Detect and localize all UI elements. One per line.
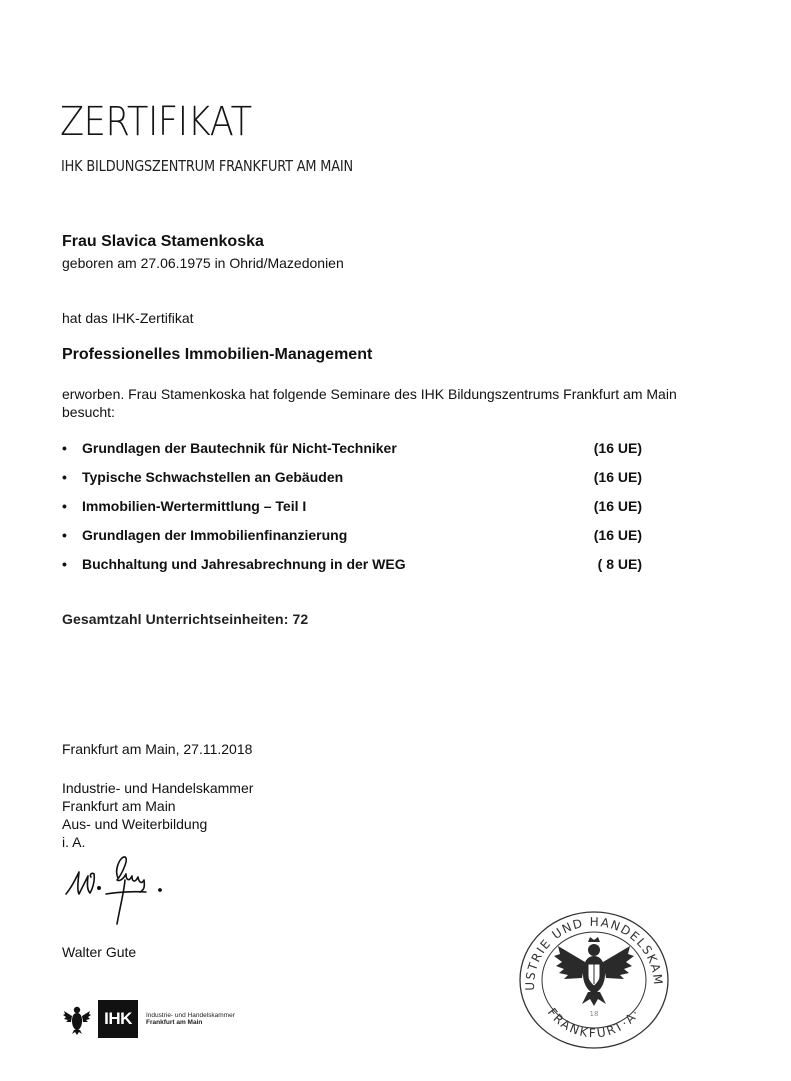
seminar-title: Grundlagen der Bautechnik für Nicht-Tech…	[82, 440, 397, 456]
ihk-logo: IHK Industrie- und Handelskammer Frankfu…	[62, 1000, 235, 1038]
seminar-units: ( 8 UE)	[598, 556, 642, 572]
logo-line-2: Frankfurt am Main	[146, 1019, 235, 1027]
seminar-units: (16 UE)	[594, 440, 642, 456]
recipient-birth-info: geboren am 27.06.1975 in Ohrid/Mazedonie…	[62, 255, 344, 271]
eagle-icon	[62, 1003, 92, 1035]
seminar-item: •Grundlagen der Bautechnik für Nicht-Tec…	[62, 440, 642, 469]
issuer-line: Aus- und Weiterbildung	[62, 815, 253, 833]
seminar-list: •Grundlagen der Bautechnik für Nicht-Tec…	[62, 440, 642, 585]
certificate-lead-in: hat das IHK-Zertifikat	[62, 310, 194, 326]
seminar-title: Buchhaltung und Jahresabrechnung in der …	[82, 556, 406, 572]
handwritten-signature	[62, 852, 172, 932]
bullet: •	[62, 469, 82, 485]
recipient-name: Frau Slavica Stamenkoska	[62, 233, 264, 251]
logo-line-1: Industrie- und Handelskammer	[146, 1012, 235, 1020]
seminar-title: Typische Schwachstellen an Gebäuden	[82, 469, 343, 485]
seal-center-number: 18	[590, 1010, 599, 1018]
issuer-block: Industrie- und Handelskammer Frankfurt a…	[62, 779, 253, 851]
seminar-item: •Immobilien-Wertermittlung – Teil I (16 …	[62, 498, 642, 527]
ihk-logo-text: Industrie- und Handelskammer Frankfurt a…	[146, 1012, 235, 1027]
bullet: •	[62, 440, 82, 456]
bullet: •	[62, 527, 82, 543]
seminar-title: Grundlagen der Immobilienfinanzierung	[82, 527, 347, 543]
seminar-units: (16 UE)	[594, 498, 642, 514]
seminar-item: •Grundlagen der Immobilienfinanzierung (…	[62, 527, 642, 556]
certificate-heading: ZERTIFIKAT	[60, 98, 252, 146]
bullet: •	[62, 498, 82, 514]
issuer-line: Industrie- und Handelskammer	[62, 779, 253, 797]
seminar-item: •Buchhaltung und Jahresabrechnung in der…	[62, 556, 642, 585]
issuer-line: i. A.	[62, 833, 253, 851]
ihk-logo-mark: IHK	[98, 1000, 138, 1038]
signer-name: Walter Gute	[62, 944, 136, 960]
institution-subtitle: IHK BILDUNGSZENTRUM FRANKFURT AM MAIN	[61, 157, 353, 175]
certificate-name: Professionelles Immobilien-Management	[62, 346, 372, 364]
official-seal: INDUSTRIE UND HANDELSKAMMER FRANKFURT·A·…	[514, 906, 674, 1050]
total-units: Gesamtzahl Unterrichtseinheiten: 72	[62, 611, 308, 627]
place-and-date: Frankfurt am Main, 27.11.2018	[62, 741, 252, 757]
seminar-units: (16 UE)	[594, 469, 642, 485]
issuer-line: Frankfurt am Main	[62, 797, 253, 815]
seminar-title: Immobilien-Wertermittlung – Teil I	[82, 498, 306, 514]
bullet: •	[62, 556, 82, 572]
certificate-intro: erworben. Frau Stamenkoska hat folgende …	[62, 385, 682, 421]
seminar-item: •Typische Schwachstellen an Gebäuden (16…	[62, 469, 642, 498]
seminar-units: (16 UE)	[594, 527, 642, 543]
